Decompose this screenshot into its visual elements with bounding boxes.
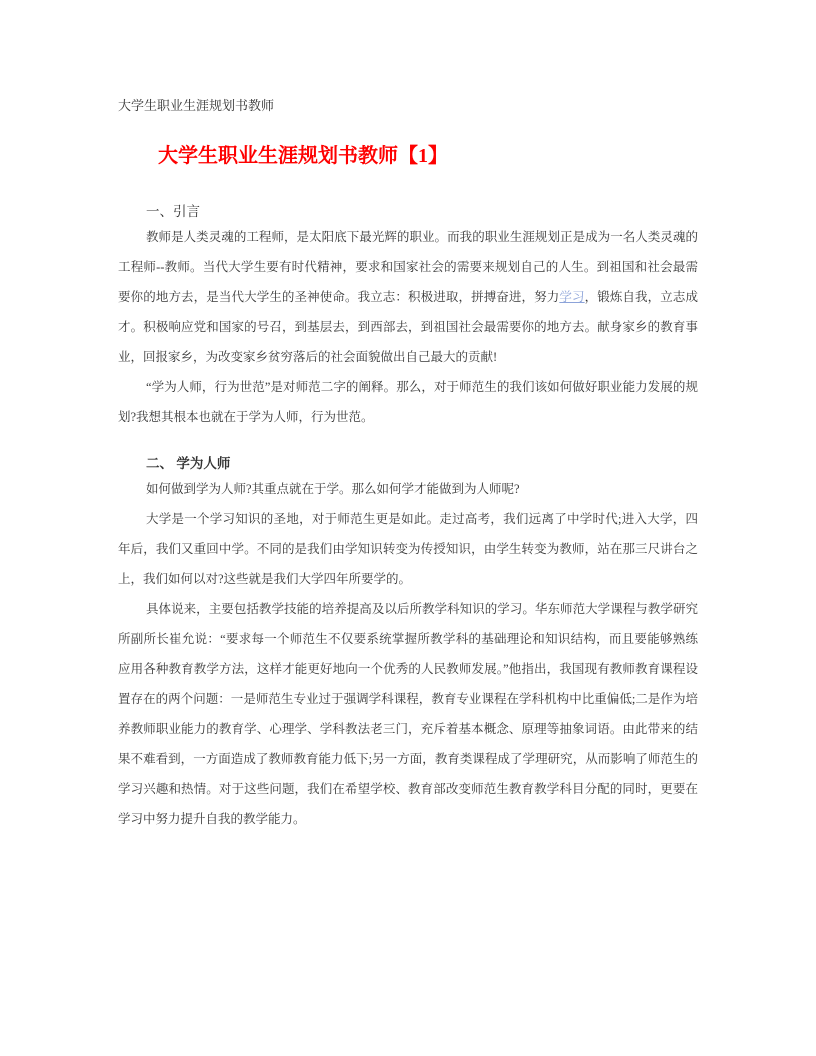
paragraph-how-to-learn: 如何做到学为人师?其重点就在于学。那么如何学才能做到为人师呢? <box>118 474 698 504</box>
document-page: 大学生职业生涯规划书教师 大学生职业生涯规划书教师【1】 一、引言 教师是人类灵… <box>0 0 816 1056</box>
paragraph-intro: 教师是人类灵魂的工程师，是太阳底下最光辉的职业。而我的职业生涯规划正是成为一名人… <box>118 222 698 372</box>
paragraph-shifan-motto: “学为人师，行为世范”是对师范二字的阐释。那么，对于师范生的我们该如何做好职业能… <box>118 372 698 432</box>
xuexi-hyperlink[interactable]: 学习 <box>559 290 584 304</box>
paragraph-teaching-skills: 具体说来，主要包括教学技能的培养提高及以后所教学科知识的学习。华东师范大学课程与… <box>118 594 698 834</box>
section-heading-intro: 一、引言 <box>118 202 698 222</box>
document-header-text: 大学生职业生涯规划书教师 <box>118 97 698 115</box>
page-title: 大学生职业生涯规划书教师【1】 <box>158 142 698 170</box>
section-heading-xueweirenshi: 二、 学为人师 <box>118 454 698 474</box>
paragraph-university-learning: 大学是一个学习知识的圣地，对于师范生更是如此。走过高考，我们远离了中学时代;进入… <box>118 504 698 594</box>
document-content: 大学生职业生涯规划书教师 大学生职业生涯规划书教师【1】 一、引言 教师是人类灵… <box>118 0 698 834</box>
